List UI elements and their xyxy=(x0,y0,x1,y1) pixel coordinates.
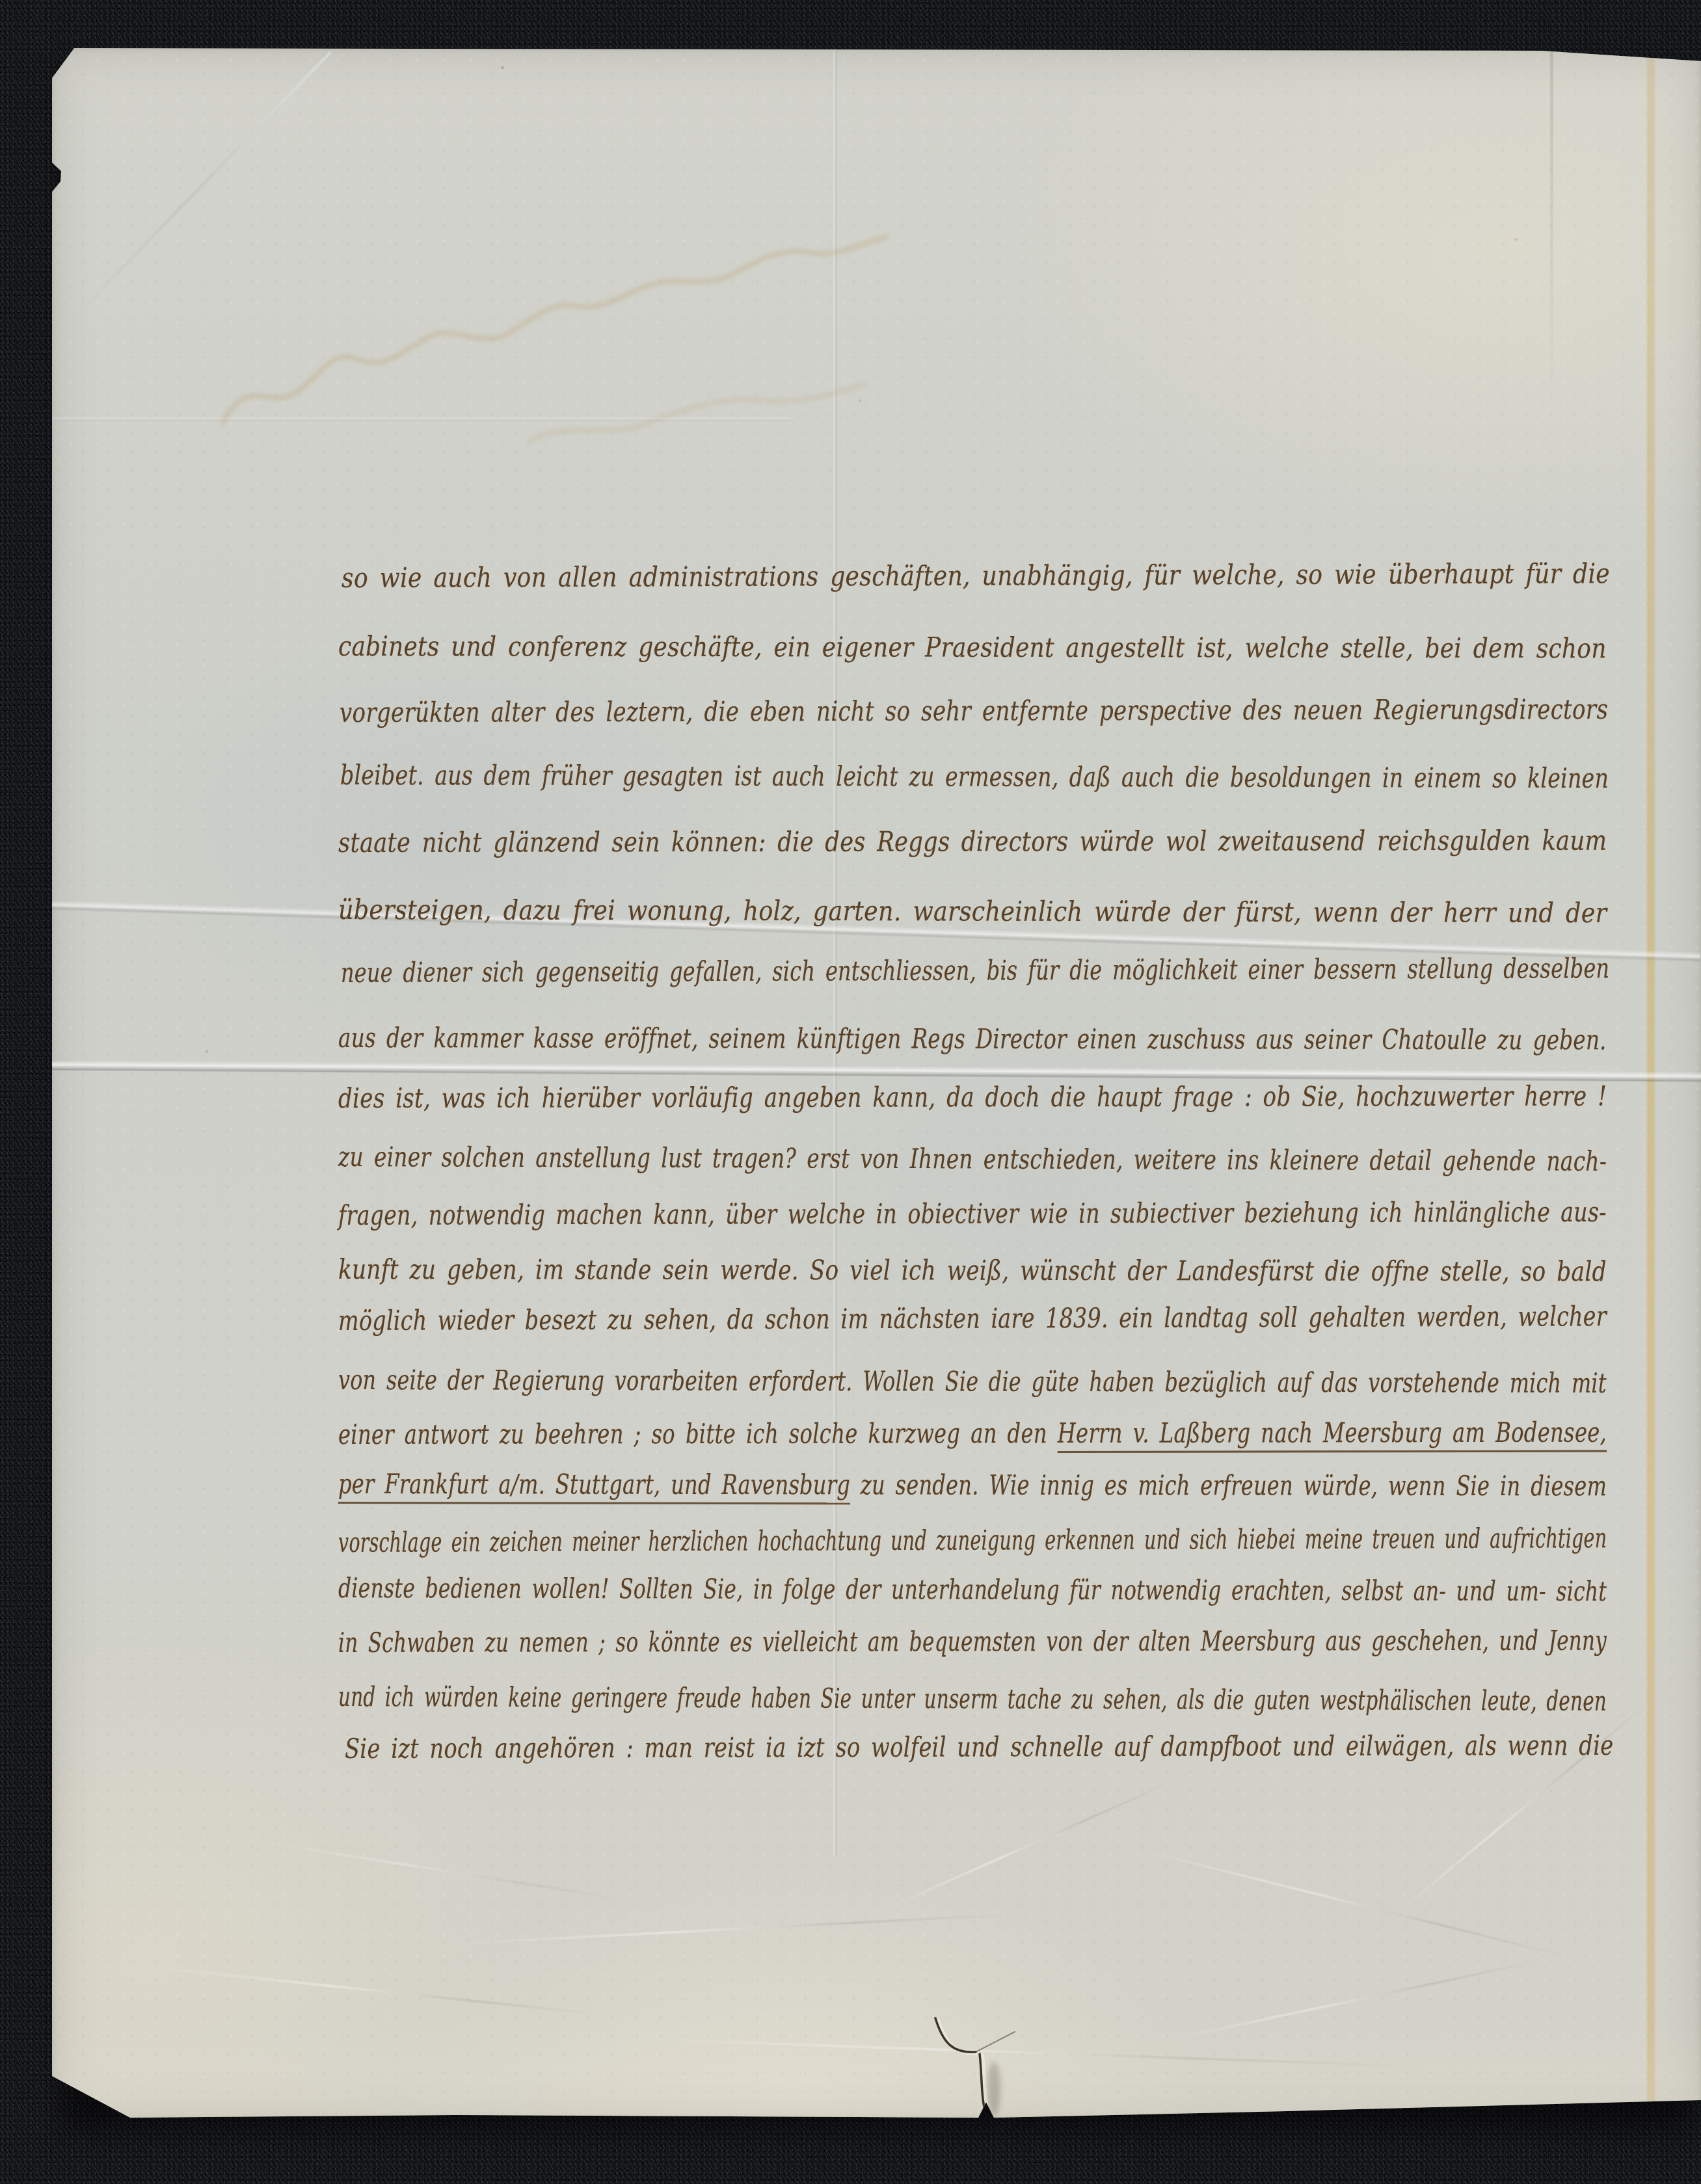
text-segment: zu einer solchen anstellung lust tragen?… xyxy=(338,1141,1607,1177)
text-segment: und ich würden keine geringere freude ha… xyxy=(338,1681,1607,1717)
underlined-phrase: Herrn v. Laßberg nach Meersburg am Boden… xyxy=(1058,1417,1607,1449)
underlined-phrase: per Frankfurt a/m. Stuttgart, und Ravens… xyxy=(338,1468,850,1500)
text-segment: so wie auch von allen administrations ge… xyxy=(342,557,1610,594)
text-segment: übersteigen, dazu frei wonung, holz, gar… xyxy=(338,894,1607,929)
text-segment: cabinets und conferenz geschäfte, ein ei… xyxy=(338,630,1607,664)
handwritten-line: fragen, notwendig machen kann, über welc… xyxy=(338,1199,1607,1229)
text-segment: vorgerükten alter des leztern, die eben … xyxy=(340,693,1608,728)
text-segment: aus der kammer kasse eröffnet, seinem kü… xyxy=(338,1022,1607,1056)
handwritten-line: cabinets und conferenz geschäfte, ein ei… xyxy=(338,633,1607,662)
text-segment: neue diener sich gegenseitig gefallen, s… xyxy=(341,952,1610,989)
text-segment: dienste bedienen wollen! Sollten Sie, in… xyxy=(338,1572,1607,1607)
handwritten-line: vorschlage ein zeichen meiner herzlichen… xyxy=(338,1525,1607,1556)
handwritten-line: von seite der Regierung vorarbeiten erfo… xyxy=(338,1366,1607,1397)
handwritten-line: übersteigen, dazu frei wonung, holz, gar… xyxy=(338,896,1607,927)
handwritten-line: und ich würden keine geringere freude ha… xyxy=(338,1683,1607,1715)
handwritten-line: in Schwaben zu nemen ; so könnte es viel… xyxy=(338,1627,1607,1657)
text-segment: vorschlage ein zeichen meiner herzlichen… xyxy=(338,1522,1607,1558)
handwritten-line: bleibet. aus dem früher gesagten ist auc… xyxy=(340,762,1609,792)
handwritten-line: möglich wieder besezt zu sehen, da schon… xyxy=(338,1303,1607,1335)
letter-body-text: so wie auch von allen administrations ge… xyxy=(52,48,1701,2118)
text-segment: möglich wieder besezt zu sehen, da schon… xyxy=(338,1300,1607,1337)
handwritten-line: vorgerükten alter des leztern, die eben … xyxy=(340,696,1608,726)
text-segment: bleibet. aus dem früher gesagten ist auc… xyxy=(340,759,1609,794)
text-segment: zu senden. Wie innig es mich erfreuen wü… xyxy=(850,1469,1607,1502)
text-segment: staate nicht glänzend sein können: die d… xyxy=(338,825,1607,859)
handwritten-line: Sie izt noch angehören : man reist ia iz… xyxy=(345,1732,1613,1763)
handwritten-line: kunft zu geben, im stande sein werde. So… xyxy=(338,1256,1607,1285)
handwritten-line: staate nicht glänzend sein können: die d… xyxy=(338,827,1607,857)
handwritten-line: neue diener sich gegenseitig gefallen, s… xyxy=(341,955,1609,987)
handwritten-line: dienste bedienen wollen! Sollten Sie, in… xyxy=(338,1575,1607,1605)
handwritten-line: so wie auch von allen administrations ge… xyxy=(342,560,1610,592)
photograph-backdrop: { "page": { "description": "Archival pho… xyxy=(0,0,1701,2184)
letter-page: so wie auch von allen administrations ge… xyxy=(52,48,1701,2118)
text-segment: in Schwaben zu nemen ; so könnte es viel… xyxy=(338,1625,1607,1658)
text-segment: Sie izt noch angehören : man reist ia iz… xyxy=(345,1729,1613,1765)
handwritten-line: dies ist, was ich hierüber vorläufig ang… xyxy=(338,1083,1607,1112)
text-segment: einer antwort zu beehren ; so bitte ich … xyxy=(338,1417,1058,1450)
text-segment: dies ist, was ich hierüber vorläufig ang… xyxy=(338,1080,1607,1114)
handwritten-line: aus der kammer kasse eröffnet, seinem kü… xyxy=(338,1024,1607,1054)
handwritten-line: zu einer solchen anstellung lust tragen?… xyxy=(338,1143,1607,1175)
text-segment: von seite der Regierung vorarbeiten erfo… xyxy=(338,1364,1607,1399)
text-segment: fragen, notwendig machen kann, über welc… xyxy=(338,1196,1607,1231)
text-segment: kunft zu geben, im stande sein werde. So… xyxy=(338,1253,1607,1287)
handwritten-line: einer antwort zu beehren ; so bitte ich … xyxy=(338,1419,1607,1448)
handwritten-line: per Frankfurt a/m. Stuttgart, und Ravens… xyxy=(338,1471,1607,1500)
